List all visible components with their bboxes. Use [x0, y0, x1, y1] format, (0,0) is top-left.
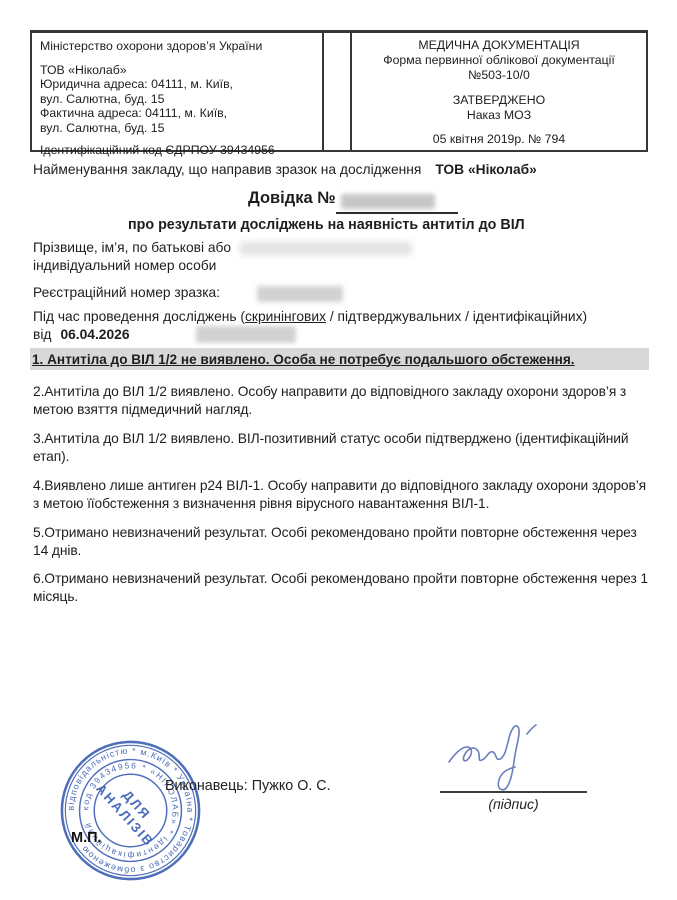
signature-caption: (підпис) — [440, 796, 587, 812]
round-stamp: відповідальністю * м.Київ * Україна * То… — [58, 738, 203, 883]
approved-label: ЗАТВЕРДЖЕНО — [356, 93, 642, 108]
header-middle-cell — [324, 33, 352, 150]
form-number: №503-10/0 — [356, 68, 642, 83]
result-2-text: 2.Антитіла до ВІЛ 1/2 виявлено. Особу на… — [33, 383, 653, 419]
ministry-line: Міністерство охорони здоров’я України — [40, 39, 314, 54]
result-3-text: 3.Антитіла до ВІЛ 1/2 виявлено. ВІЛ-пози… — [33, 430, 653, 466]
header-left-cell: Міністерство охорони здоров’я України ТО… — [32, 33, 324, 150]
actual-address-line: Фактична адреса: 04111, м. Київ, — [40, 106, 314, 121]
order-date-line: 05 квітня 2019р. № 794 — [356, 132, 642, 147]
result-4-text: 4.Виявлено лише антиген p24 ВІЛ-1. Особу… — [33, 477, 653, 513]
name-label-block: Прізвище, ім’я, по батькові або індивіду… — [33, 239, 231, 274]
header-table: Міністерство охорони здоров’я України ТО… — [30, 30, 648, 152]
doc-number-redacted — [341, 194, 435, 209]
signature-line — [440, 791, 587, 793]
actual-address-street: вул. Салютна, буд. 15 — [40, 121, 314, 136]
spacer — [356, 123, 642, 132]
stamp-seal-icon: відповідальністю * м.Київ * Україна * То… — [58, 738, 203, 883]
result-5-text: 5.Отримано невизначений результат. Особі… — [33, 524, 653, 560]
spacer — [356, 84, 642, 93]
legal-address-line: Юридична адреса: 04111, м. Київ, — [40, 77, 314, 92]
result-6-text: 6.Отримано невизначений результат. Особі… — [33, 570, 653, 606]
date-extra-redacted — [196, 326, 296, 343]
med-doc-title: МЕДИЧНА ДОКУМЕНТАЦІЯ — [356, 38, 642, 53]
research-date-line: від06.04.2026 — [33, 327, 130, 342]
org-name-line: ТОВ «Ніколаб» — [40, 63, 314, 78]
signature-icon — [443, 712, 553, 794]
order-label: Наказ МОЗ — [356, 108, 642, 123]
name-label-line2: індивідуальний номер особи — [33, 257, 231, 275]
mp-seal-label: М.П. — [71, 830, 102, 846]
facility-value: ТОВ «Ніколаб» — [435, 162, 537, 177]
date-label: від — [33, 327, 51, 342]
name-label-line1: Прізвище, ім’я, по батькові або — [33, 239, 231, 257]
spacer — [40, 136, 314, 143]
registration-number-label: Реєстраційний номер зразка: — [33, 285, 220, 300]
doc-title: Довідка № — [248, 189, 336, 208]
research-type-line: Під час проведення досліджень (скринінго… — [33, 309, 587, 324]
research-screening-underlined: скринінгових — [245, 309, 326, 324]
facility-label: Найменування закладу, що направив зразок… — [33, 162, 421, 177]
result-1-text: 1. Антитіла до ВІЛ 1/2 не виявлено. Особ… — [30, 352, 575, 367]
document-page: { "header": { "left": { "lines": [ "Міні… — [0, 0, 677, 900]
executor-line: Виконавець: Пужко О. С. — [165, 778, 331, 794]
patient-name-redacted — [240, 242, 412, 255]
date-value: 06.04.2026 — [60, 327, 129, 342]
edrpou-code-line: Ідентифікаційний код ЄДРПОУ 39434956 — [40, 143, 314, 158]
spacer — [40, 54, 314, 63]
header-right-cell: МЕДИЧНА ДОКУМЕНТАЦІЯ Форма первинної обл… — [352, 33, 646, 150]
research-post: / підтверджувальних / ідентифікаційних) — [326, 309, 587, 324]
form-type-line: Форма первинної облікової документації — [356, 53, 642, 68]
handwritten-signature — [443, 712, 553, 790]
doc-subtitle: про результати досліджень на наявність а… — [128, 217, 525, 233]
registration-number-redacted — [257, 286, 343, 302]
legal-address-street: вул. Салютна, буд. 15 — [40, 92, 314, 107]
doc-number-underline — [336, 212, 458, 214]
facility-line: Найменування закладу, що направив зразок… — [33, 162, 537, 177]
result-1-highlighted: 1. Антитіла до ВІЛ 1/2 не виявлено. Особ… — [30, 348, 649, 370]
research-pre: Під час проведення досліджень ( — [33, 309, 245, 324]
